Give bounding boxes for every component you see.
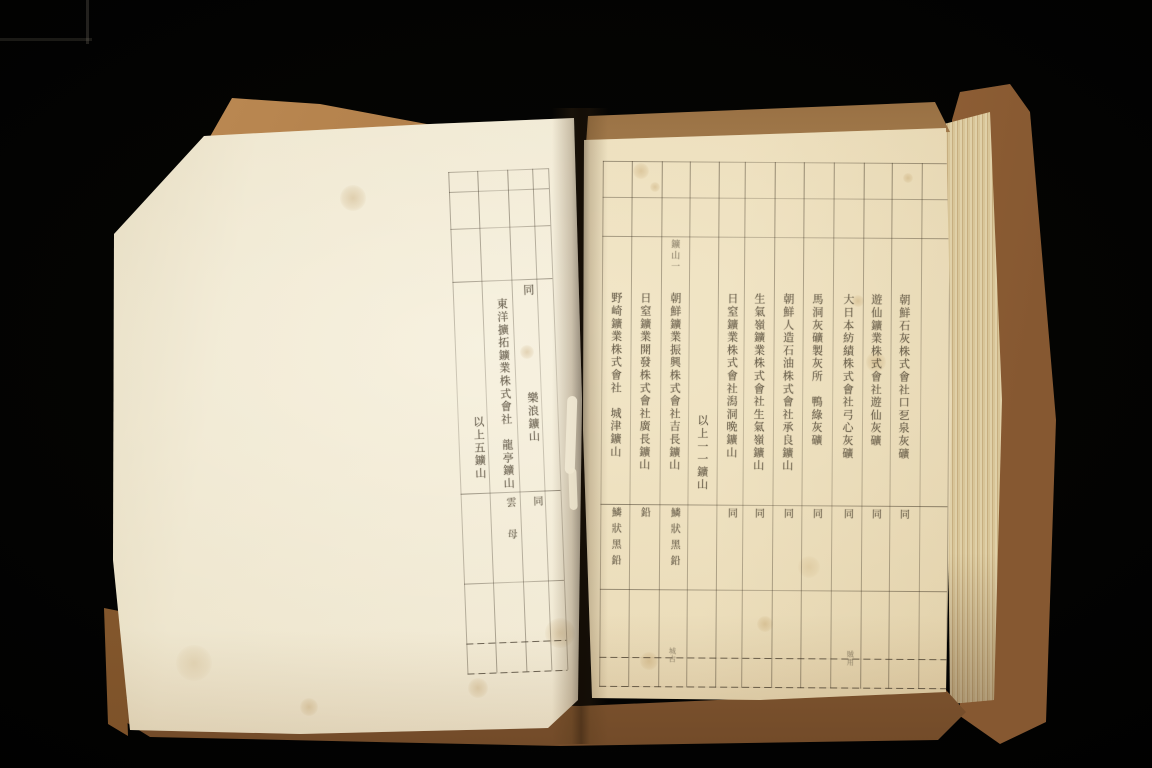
- company-mine-entry: 野崎鑛業株式會社 城津鑛山: [607, 292, 624, 459]
- foxing-spot: [176, 645, 212, 681]
- grid-line: [599, 686, 946, 689]
- mine-entry: 樂浪鑛山: [524, 392, 542, 444]
- grid-line: [603, 161, 950, 164]
- grid-line: [603, 197, 950, 200]
- company-mine-entry: 大日本紡績株式會社弓心灰礦: [839, 293, 856, 460]
- company-mine-entry: 朝鮮人造石油株式會社承良鑛山: [779, 293, 796, 472]
- ditto-mark: 同: [867, 509, 882, 525]
- mineral-name: 鱗狀黑鉛: [607, 507, 622, 571]
- foxing-spot: [300, 698, 318, 716]
- photo-scene: 同 樂浪鑛山 同 東洋擴拓鑛業株式會社 龍亭鑛山 雲 母 以上五鑛山: [0, 0, 1152, 768]
- grid-line: [741, 162, 746, 688]
- company-mine-entry: 日窒鑛業開發株式會社廣長鑛山: [636, 292, 653, 471]
- grid-line: [600, 589, 947, 592]
- faded-annotation: 賊用: [845, 651, 855, 667]
- company-mine-entry: 朝鮮鑛業振興株式會社吉長鑛山: [666, 292, 683, 471]
- company-mine-entry: 朝鮮石灰株式會社口乭泉灰礦: [895, 294, 912, 461]
- grid-line: [448, 172, 468, 674]
- summary-entry: 以上一一鑛山: [694, 414, 711, 491]
- ditto-mark: 同: [839, 508, 854, 524]
- company-mine-entry: 日窒鑛業株式會社潟洞晩鑛山: [723, 293, 740, 460]
- grid-line: [918, 163, 923, 689]
- mineral-name: 鉛: [636, 507, 651, 523]
- faded-annotation: 城占: [667, 647, 677, 663]
- right-table: 朝鮮石灰株式會社口乭泉灰礦 同 遊仙鑛業株式會社遊仙灰礦 同 大日本紡績株式會社…: [587, 159, 953, 690]
- summary-entry: 以上五鑛山: [470, 416, 488, 481]
- ditto-mark: 同: [779, 508, 794, 524]
- grid-line: [771, 162, 776, 688]
- grid-line: [599, 657, 946, 660]
- grid-line: [602, 236, 949, 239]
- grid-line: [830, 162, 835, 688]
- foxing-spot: [340, 185, 366, 211]
- ditto-mark: 同: [750, 508, 765, 524]
- mineral-name: 鱗狀黑鉛: [666, 507, 681, 571]
- grid-line: [888, 163, 893, 689]
- ditto-mark: 同: [520, 284, 536, 297]
- ditto-mark: 同: [723, 508, 738, 524]
- header-note: 鑛山一: [668, 239, 681, 272]
- company-mine-entry: 生氣嶺鑛業株式會社生氣嶺鑛山: [750, 293, 767, 472]
- grid-line: [715, 162, 720, 688]
- grid-line: [686, 161, 691, 687]
- frame-edge-horizontal: [0, 38, 92, 41]
- grid-line: [628, 161, 633, 687]
- mineral-name: 雲 母: [502, 497, 519, 546]
- mineral-name: 同: [529, 496, 545, 513]
- foxing-spot: [468, 678, 488, 698]
- company-mine-entry: 馬洞灰礦製灰所 鴨綠灰礦: [808, 293, 825, 447]
- gutter-shadow: [552, 108, 608, 744]
- ditto-mark: 同: [895, 509, 910, 525]
- grid-line: [600, 504, 947, 507]
- grid-line: [800, 162, 805, 688]
- ditto-mark: 同: [808, 508, 823, 524]
- torn-paper-bit: [568, 468, 577, 510]
- grid-line: [658, 161, 663, 687]
- company-mine-entry: 遊仙鑛業株式會社遊仙灰礦: [867, 294, 884, 448]
- grid-line: [860, 163, 865, 689]
